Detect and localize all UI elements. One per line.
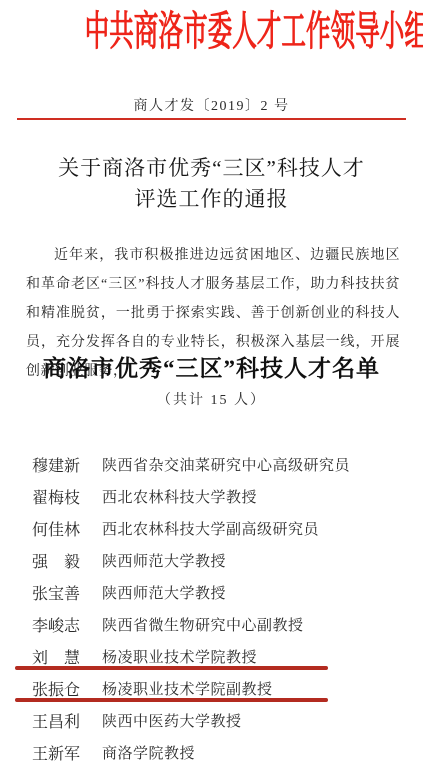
- roster-row: 何佳林 西北农林科技大学副高级研究员: [32, 512, 407, 544]
- roster-row: 李峻志 陕西省微生物研究中心副教授: [32, 608, 407, 640]
- roster-affiliation: 陕西省杂交油菜研究中心高级研究员: [102, 454, 350, 475]
- document-page: 中共商洛市委人才工作领导小组文件 商人才发〔2019〕2 号 关于商洛市优秀“三…: [0, 0, 423, 768]
- roster-row: 王昌利 陕西中医药大学教授: [32, 704, 407, 736]
- roster-person-name: 李峻志: [32, 613, 82, 636]
- roster-person-name: 王新军: [32, 741, 82, 764]
- roster-row: 强 毅 陕西师范大学教授: [32, 544, 407, 576]
- roster-count-note: （共计 15 人）: [0, 389, 423, 409]
- document-title-line2: 评选工作的通报: [0, 184, 423, 215]
- roster-row: 张振仓 杨凌职业技术学院副教授: [32, 672, 407, 704]
- roster-affiliation: 西北农林科技大学教授: [102, 486, 257, 507]
- doc-number: 商人才发〔2019〕2 号: [0, 95, 423, 115]
- roster-row: 穆建新 陕西省杂交油菜研究中心高级研究员: [32, 448, 407, 480]
- letterhead-divider-rule: [17, 118, 406, 120]
- roster-person-name: 张振仓: [32, 677, 82, 700]
- highlight-underline-mark: [15, 666, 328, 670]
- roster-affiliation: 西北农林科技大学副高级研究员: [102, 518, 319, 539]
- roster-row: 刘 慧 杨凌职业技术学院教授: [32, 640, 407, 672]
- roster-person-name: 强 毅: [32, 549, 82, 572]
- roster-row: 张宝善 陕西师范大学教授: [32, 576, 407, 608]
- roster-affiliation: 陕西师范大学教授: [102, 582, 226, 603]
- roster-person-name: 翟梅枝: [32, 485, 82, 508]
- highlight-underline-mark: [15, 698, 328, 702]
- roster-affiliation: 陕西中医药大学教授: [102, 710, 242, 731]
- roster-heading: 商洛市优秀“三区”科技人才名单: [0, 350, 423, 383]
- roster-affiliation: 商洛学院教授: [102, 742, 195, 763]
- roster-person-name: 刘 慧: [32, 645, 82, 668]
- roster-row: 王新军 商洛学院教授: [32, 736, 407, 768]
- roster-person-name: 王昌利: [32, 709, 82, 732]
- roster-row: 翟梅枝 西北农林科技大学教授: [32, 480, 407, 512]
- roster-person-name: 何佳林: [32, 517, 82, 540]
- letterhead-title: 中共商洛市委人才工作领导小组文件: [85, 6, 339, 56]
- roster-affiliation: 杨凌职业技术学院教授: [102, 646, 257, 667]
- roster-person-name: 张宝善: [32, 581, 82, 604]
- roster-affiliation: 陕西省微生物研究中心副教授: [102, 614, 304, 635]
- roster-affiliation: 杨凌职业技术学院副教授: [102, 678, 273, 699]
- document-title-line1: 关于商洛市优秀“三区”科技人才: [0, 153, 423, 184]
- roster-affiliation: 陕西师范大学教授: [102, 550, 226, 571]
- roster-person-name: 穆建新: [32, 453, 82, 476]
- roster-list: 穆建新 陕西省杂交油菜研究中心高级研究员 翟梅枝 西北农林科技大学教授 何佳林 …: [32, 448, 407, 768]
- document-title: 关于商洛市优秀“三区”科技人才 评选工作的通报: [0, 153, 423, 215]
